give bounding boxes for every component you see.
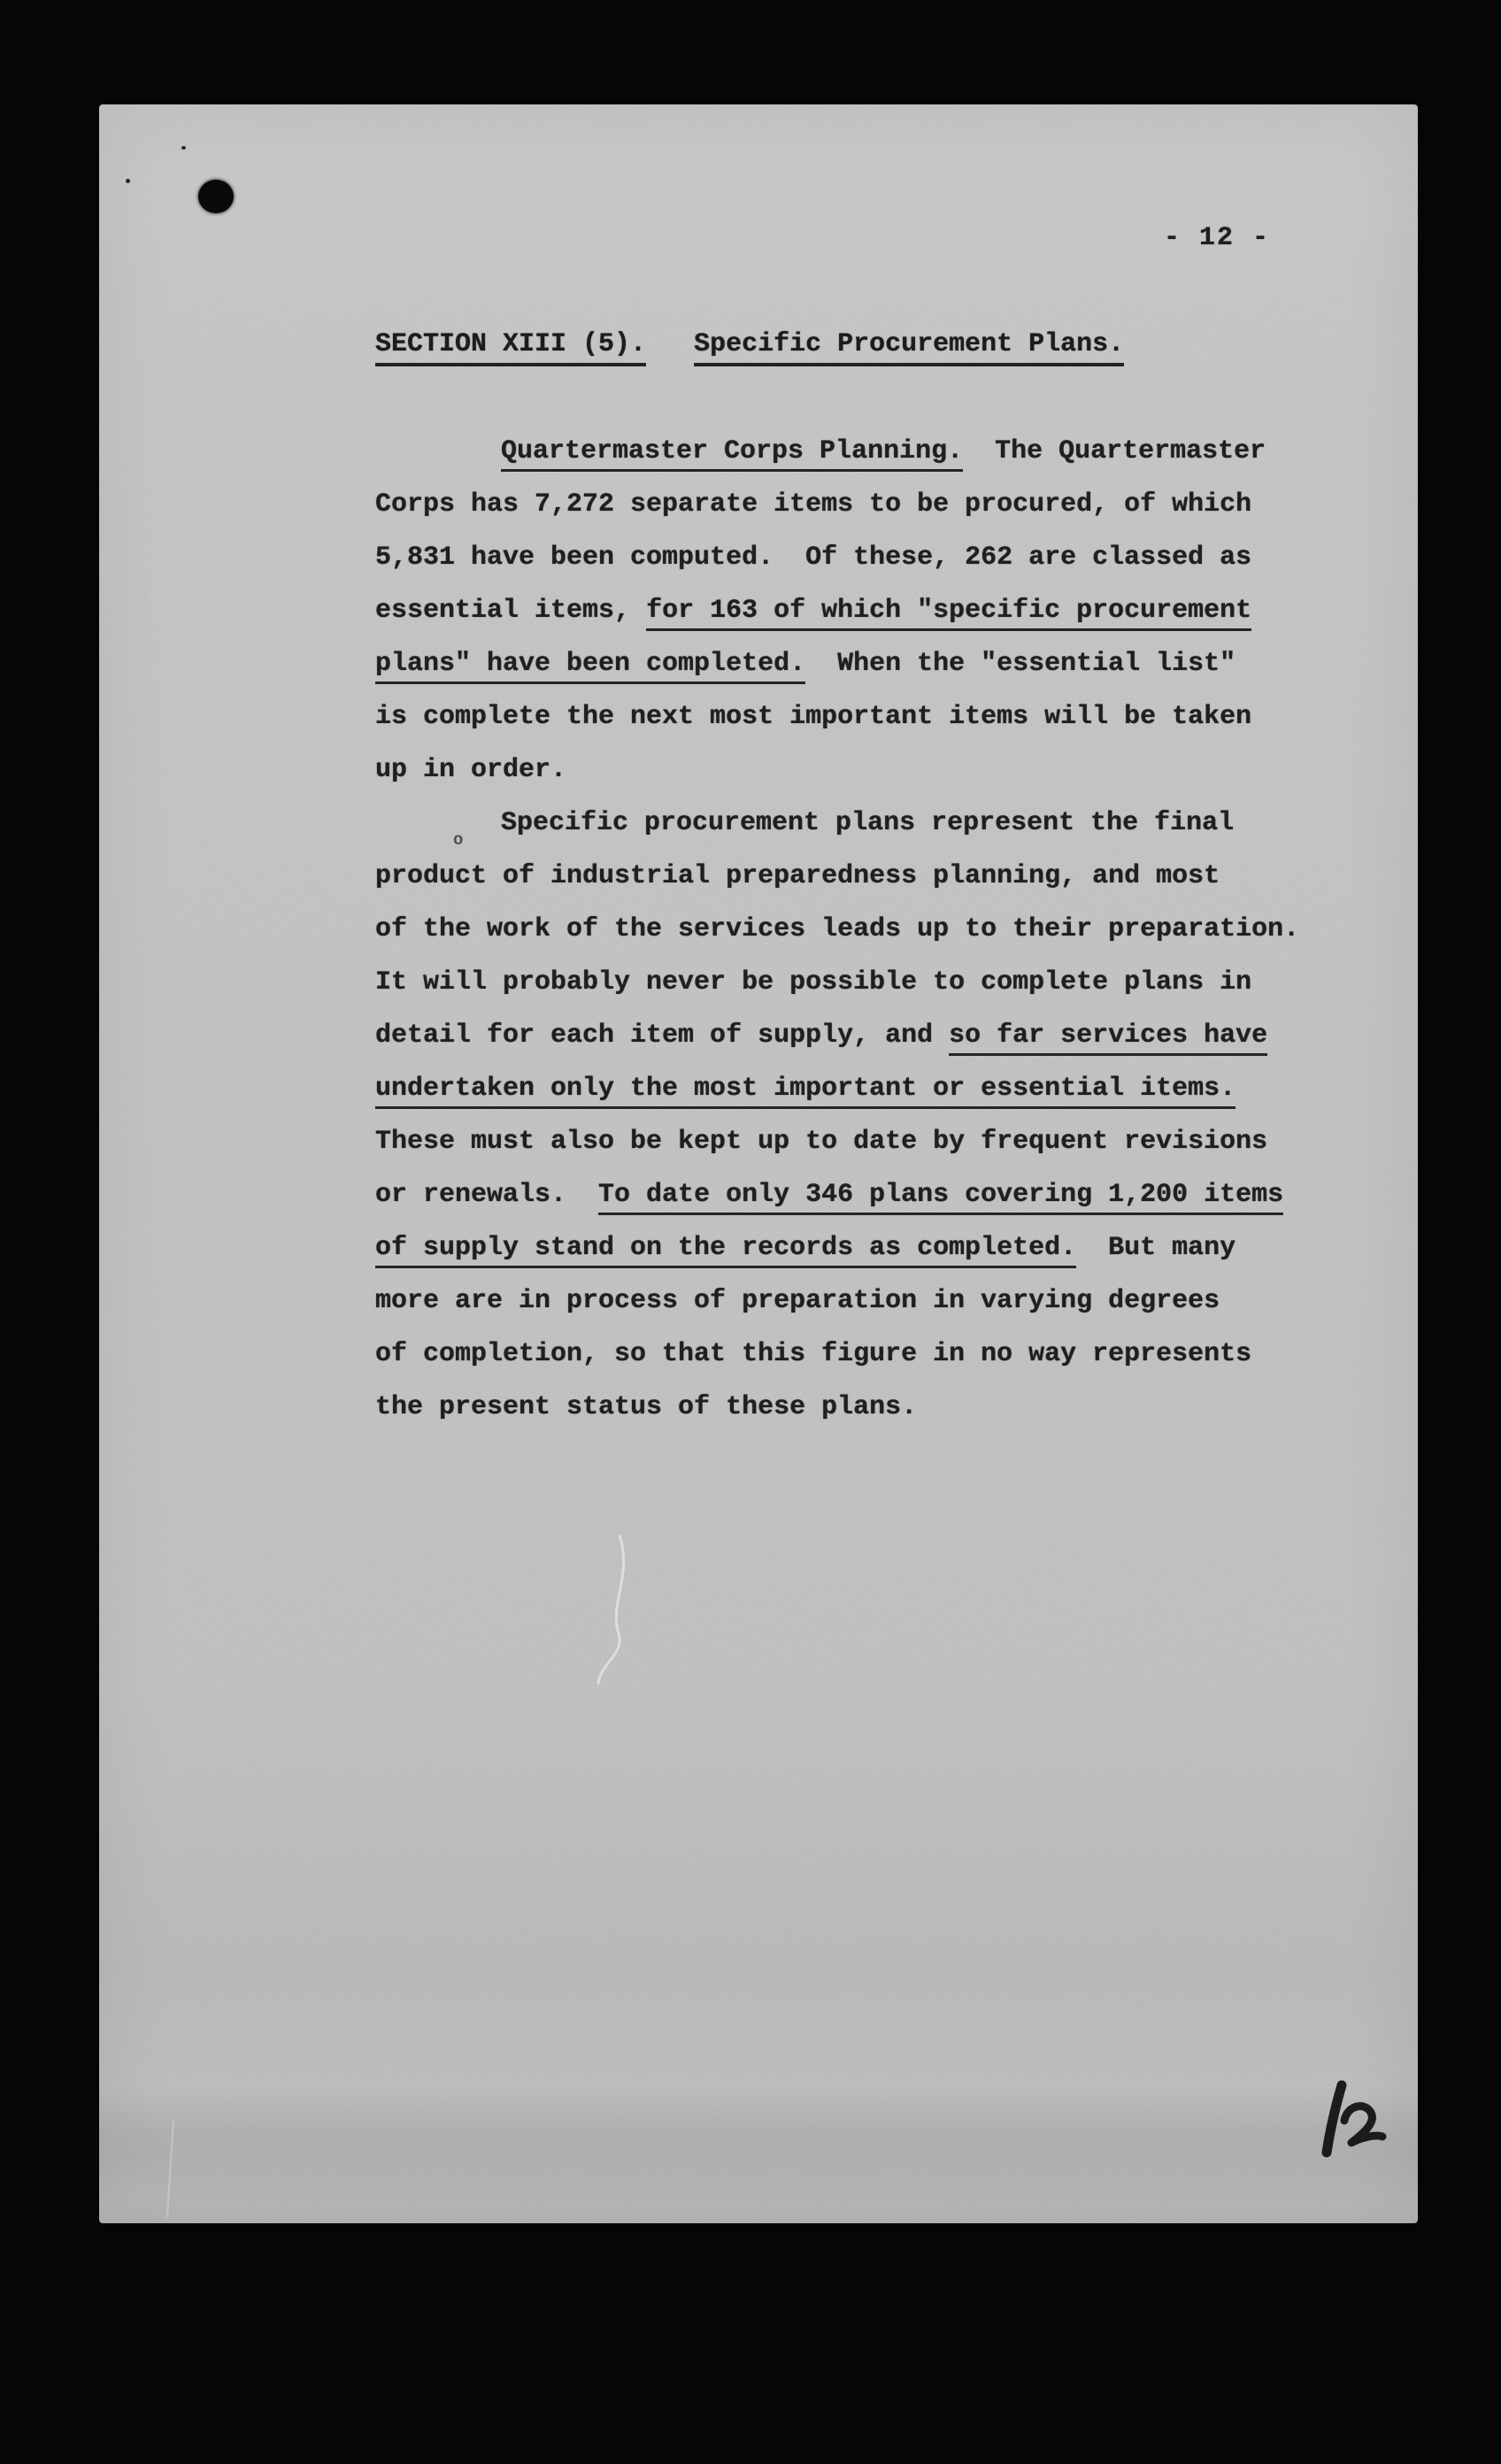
text-segment: of completion, so that this figure in no… xyxy=(375,1339,1251,1369)
text-line: of the work of the services leads up to … xyxy=(375,903,1366,956)
text-line: up in order. xyxy=(375,743,1366,797)
text-line: undertaken only the most important or es… xyxy=(375,1062,1366,1115)
text-segment xyxy=(646,329,694,359)
text-segment: up in order. xyxy=(375,755,566,785)
text-segment: more are in process of preparation in va… xyxy=(375,1286,1220,1316)
text-segment: product of industrial preparedness plann… xyxy=(375,861,1220,891)
paper-speck xyxy=(126,179,130,183)
section-heading: SECTION XIII (5). Specific Procurement P… xyxy=(375,329,1124,359)
text-line: plans" have been completed. When the "es… xyxy=(375,637,1366,690)
underlined-text: for 163 of which "specific procurement xyxy=(646,596,1251,631)
text-line: product of industrial preparedness plann… xyxy=(375,850,1366,903)
scan-artifact-band xyxy=(99,2087,1418,2202)
text-line: is complete the next most important item… xyxy=(375,690,1366,743)
scanned-document-page: - 12 - SECTION XIII (5). Specific Procur… xyxy=(0,0,1501,2464)
stray-ink-mark: o xyxy=(453,830,463,850)
text-line: more are in process of preparation in va… xyxy=(375,1274,1366,1328)
underlined-text: SECTION XIII (5). xyxy=(375,329,646,366)
text-segment: is complete the next most important item… xyxy=(375,702,1251,732)
text-segment: of the work of the services leads up to … xyxy=(375,914,1299,944)
text-line: It will probably never be possible to co… xyxy=(375,956,1366,1009)
text-segment: It will probably never be possible to co… xyxy=(375,967,1251,997)
document-body: Quartermaster Corps Planning. The Quarte… xyxy=(375,425,1366,1434)
text-line: 5,831 have been computed. Of these, 262 … xyxy=(375,531,1366,584)
text-line: Corps has 7,272 separate items to be pro… xyxy=(375,478,1366,531)
text-segment: 5,831 have been computed. Of these, 262 … xyxy=(375,543,1251,573)
text-segment: The Quartermaster xyxy=(963,436,1266,466)
text-line: essential items, for 163 of which "speci… xyxy=(375,584,1366,637)
underlined-text: plans" have been completed. xyxy=(375,649,805,684)
text-line: Specific procurement plans represent the… xyxy=(375,797,1366,850)
text-segment: the present status of these plans. xyxy=(375,1392,917,1422)
text-line: Quartermaster Corps Planning. The Quarte… xyxy=(375,425,1366,478)
text-segment: These must also be kept up to date by fr… xyxy=(375,1127,1267,1157)
underlined-text: of supply stand on the records as comple… xyxy=(375,1233,1076,1268)
underlined-text: Specific Procurement Plans. xyxy=(694,329,1124,366)
text-segment: Specific procurement plans represent the… xyxy=(501,808,1234,838)
text-line: the present status of these plans. xyxy=(375,1381,1366,1434)
text-line: detail for each item of supply, and so f… xyxy=(375,1009,1366,1062)
text-segment: or renewals. xyxy=(375,1180,598,1210)
punch-hole-mark xyxy=(198,180,234,213)
underlined-text: so far services have xyxy=(949,1020,1267,1056)
text-segment: Corps has 7,272 separate items to be pro… xyxy=(375,489,1251,520)
text-line: of supply stand on the records as comple… xyxy=(375,1221,1366,1274)
underlined-text: Quartermaster Corps Planning. xyxy=(501,436,963,472)
text-segment: But many xyxy=(1076,1233,1235,1263)
text-line: or renewals. To date only 346 plans cove… xyxy=(375,1168,1366,1221)
underlined-text: undertaken only the most important or es… xyxy=(375,1074,1235,1109)
text-line: These must also be kept up to date by fr… xyxy=(375,1115,1366,1168)
paper-speck xyxy=(181,146,186,150)
underlined-text: To date only 346 plans covering 1,200 it… xyxy=(598,1180,1283,1215)
page-number: - 12 - xyxy=(1142,223,1292,253)
text-line: of completion, so that this figure in no… xyxy=(375,1328,1366,1381)
text-segment: When the "essential list" xyxy=(805,649,1235,679)
text-segment: detail for each item of supply, and xyxy=(375,1020,949,1051)
text-segment: essential items, xyxy=(375,596,646,626)
